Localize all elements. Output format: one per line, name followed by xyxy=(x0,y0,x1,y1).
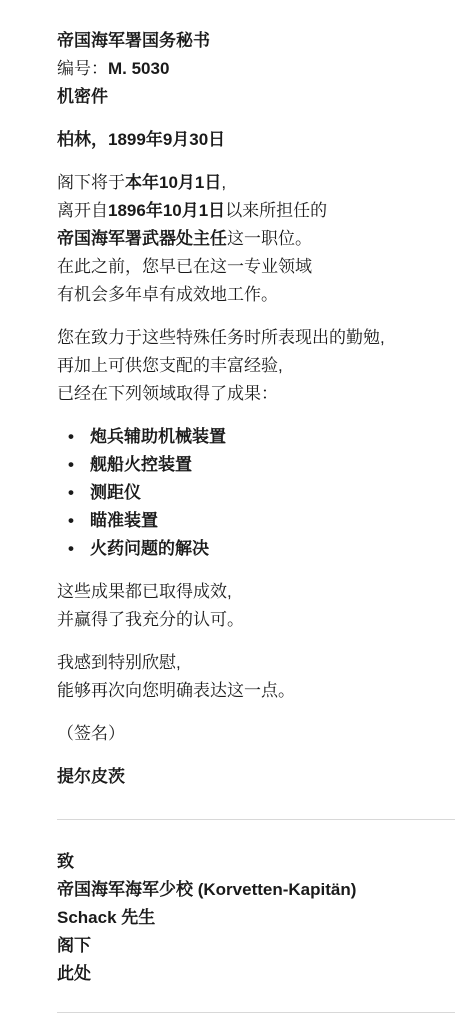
signer-name-block: 提尔皮茨 xyxy=(57,763,455,791)
reference-label: 编号： xyxy=(57,59,108,78)
achievement-item: 舰船火控装置 xyxy=(57,451,455,479)
paragraph-appointment: 阁下将于本年10月1日, 离开自1896年10月1日以来所担任的 帝国海军署武器… xyxy=(57,169,455,309)
text-segment: 这一职位。 xyxy=(227,229,312,248)
text-line: 能够再次向您明确表达这一点。 xyxy=(57,677,455,705)
text-line: 离开自1896年10月1日以来所担任的 xyxy=(57,197,455,225)
recipient-honorific: 阁下 xyxy=(57,932,455,960)
recipient-salutation: 致 xyxy=(57,848,455,876)
paragraph-diligence: 您在致力于这些特殊任务时所表现出的勤勉, 再加上可供您支配的丰富经验, 已经在下… xyxy=(57,324,455,408)
text-line: 在此之前，您早已在这一专业领域 xyxy=(57,253,455,281)
achievement-item: 测距仪 xyxy=(57,479,455,507)
signature-placeholder: （签名） xyxy=(57,720,455,748)
text-segment: 离开自 xyxy=(57,201,108,220)
signer-name: 提尔皮茨 xyxy=(57,763,455,791)
reference-number: M. 5030 xyxy=(108,59,169,78)
text-segment: , xyxy=(221,173,226,192)
text-line: 帝国海军署武器处主任这一职位。 xyxy=(57,225,455,253)
text-line: 阁下将于本年10月1日, xyxy=(57,169,455,197)
text-line: 再加上可供您支配的丰富经验, xyxy=(57,352,455,380)
text-line: 已经在下列领域取得了成果： xyxy=(57,380,455,408)
achievement-item: 瞄准装置 xyxy=(57,507,455,535)
dateline-block: 柏林，1899年9月30日 xyxy=(57,126,455,154)
text-segment-bold: 1896年10月1日 xyxy=(108,201,225,220)
dateline: 柏林，1899年9月30日 xyxy=(57,126,455,154)
recipient-block: 致 帝国海军海军少校 (Korvetten-Kapitän) Schack 先生… xyxy=(57,848,455,988)
signature-placeholder-block: （签名） xyxy=(57,720,455,748)
text-segment: 以来所担任的 xyxy=(225,201,327,220)
achievement-item: 炮兵辅助机械装置 xyxy=(57,423,455,451)
text-segment-bold: 本年10月1日 xyxy=(125,173,221,192)
text-line: 有机会多年卓有成效地工作。 xyxy=(57,281,455,309)
letterhead-reference: 编号：M. 5030 xyxy=(57,55,455,83)
divider xyxy=(57,819,455,820)
text-line: 我感到特别欣慰, xyxy=(57,649,455,677)
classification-label: 机密件 xyxy=(57,83,455,111)
text-line: 您在致力于这些特殊任务时所表现出的勤勉, xyxy=(57,324,455,352)
letterhead-office: 帝国海军署国务秘书 xyxy=(57,27,455,55)
paragraph-results: 这些成果都已取得成效, 并赢得了我充分的认可。 xyxy=(57,578,455,634)
recipient-location: 此处 xyxy=(57,960,455,988)
recipient-name: Schack 先生 xyxy=(57,904,455,932)
text-line: 并赢得了我充分的认可。 xyxy=(57,606,455,634)
text-line: 这些成果都已取得成效, xyxy=(57,578,455,606)
letter-document: 帝国海军署国务秘书 编号：M. 5030 机密件 柏林，1899年9月30日 阁… xyxy=(0,0,460,1013)
text-segment-bold: 帝国海军署武器处主任 xyxy=(57,229,227,248)
achievements-list: 炮兵辅助机械装置 舰船火控装置 测距仪 瞄准装置 火药问题的解决 xyxy=(57,423,455,563)
bottom-divider xyxy=(57,1012,455,1013)
text-segment: 阁下将于 xyxy=(57,173,125,192)
paragraph-commendation: 我感到特别欣慰, 能够再次向您明确表达这一点。 xyxy=(57,649,455,705)
letterhead: 帝国海军署国务秘书 编号：M. 5030 机密件 xyxy=(57,27,455,111)
achievement-item: 火药问题的解决 xyxy=(57,535,455,563)
recipient-rank: 帝国海军海军少校 (Korvetten-Kapitän) xyxy=(57,876,455,904)
